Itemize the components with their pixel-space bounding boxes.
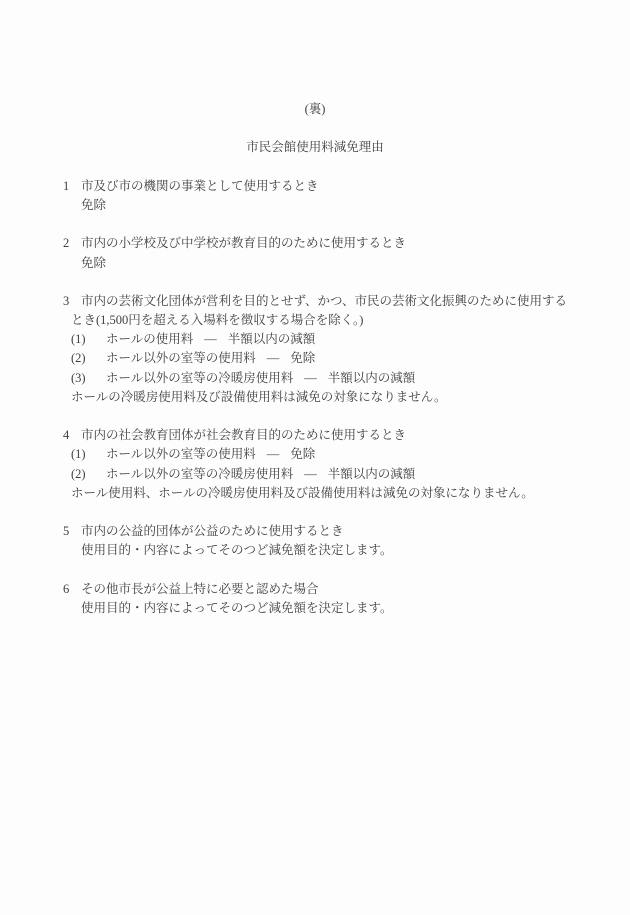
section-note: ホールの冷暖房使用料及び設備使用料は減免の対象になりません。 (0, 388, 630, 407)
section-number: 5 (63, 522, 81, 541)
subitem-label: ホール以外の室等の冷暖房使用料 (106, 467, 293, 481)
section-note: ホール使用料、ホールの冷暖房使用料及び設備使用料は減免の対象になりません。 (0, 484, 630, 503)
dash-separator: — (304, 467, 317, 481)
section-heading: 市内の芸術文化団体が営利を目的とせず、かつ、市民の芸術文化振興のために使用する (81, 294, 567, 308)
section-heading-row: 3市内の芸術文化団体が営利を目的とせず、かつ、市民の芸術文化振興のために使用する (0, 292, 630, 311)
subitem-label: ホール以外の室等の使用料 (106, 351, 256, 365)
subitem-row: (1)ホール以外の室等の使用料—免除 (0, 445, 630, 464)
section-3: 3市内の芸術文化団体が営利を目的とせず、かつ、市民の芸術文化振興のために使用する… (0, 292, 630, 407)
subitem-value: 免除 (290, 447, 315, 461)
subitem-number: (2) (71, 465, 106, 484)
section-result: 使用目的・内容によってそのつど減免額を決定します。 (0, 599, 630, 618)
page-side-label: (裏) (0, 100, 630, 119)
section-heading: 市内の社会教育団体が社会教育目的のために使用するとき (81, 428, 406, 442)
section-1: 1市及び市の機関の事業として使用するとき 免除 (0, 177, 630, 215)
subitem-number: (1) (71, 445, 106, 464)
section-result: 免除 (0, 254, 630, 273)
section-number: 3 (63, 292, 81, 311)
subitem-row: (2)ホール以外の室等の使用料—免除 (0, 349, 630, 368)
section-heading: 市内の公益的団体が公益のために使用するとき (81, 524, 344, 538)
section-heading: その他市長が公益上特に必要と認めた場合 (81, 582, 319, 596)
dash-separator: — (204, 332, 217, 346)
section-6: 6その他市長が公益上特に必要と認めた場合 使用目的・内容によってそのつど減免額を… (0, 580, 630, 618)
section-5: 5市内の公益的団体が公益のために使用するとき 使用目的・内容によってそのつど減免… (0, 522, 630, 560)
section-heading-row: 1市及び市の機関の事業として使用するとき (0, 177, 630, 196)
subitem-number: (3) (71, 369, 106, 388)
dash-separator: — (267, 447, 280, 461)
document-title: 市民会館使用料減免理由 (0, 138, 630, 157)
document-page: (裏) 市民会館使用料減免理由 1市及び市の機関の事業として使用するとき 免除 … (0, 0, 630, 915)
subitem-label: ホール以外の室等の冷暖房使用料 (106, 371, 293, 385)
subitem-row: (2)ホール以外の室等の冷暖房使用料—半額以内の減額 (0, 465, 630, 484)
subitem-value: 免除 (290, 351, 315, 365)
dash-separator: — (267, 351, 280, 365)
section-number: 2 (63, 234, 81, 253)
section-heading-row: 6その他市長が公益上特に必要と認めた場合 (0, 580, 630, 599)
section-result: 使用目的・内容によってそのつど減免額を決定します。 (0, 541, 630, 560)
subitem-value: 半額以内の減額 (328, 371, 416, 385)
section-heading-row: 5市内の公益的団体が公益のために使用するとき (0, 522, 630, 541)
section-heading-row: 2市内の小学校及び中学校が教育目的のために使用するとき (0, 234, 630, 253)
subitem-row: (3)ホール以外の室等の冷暖房使用料—半額以内の減額 (0, 369, 630, 388)
section-2: 2市内の小学校及び中学校が教育目的のために使用するとき 免除 (0, 234, 630, 272)
subitem-number: (2) (71, 349, 106, 368)
section-number: 6 (63, 580, 81, 599)
section-heading: 市内の小学校及び中学校が教育目的のために使用するとき (81, 236, 406, 250)
section-heading-continuation: とき(1,500円を超える入場料を徴収する場合を除く。) (0, 311, 630, 330)
section-heading: 市及び市の機関の事業として使用するとき (81, 179, 319, 193)
subitem-row: (1)ホールの使用料—半額以内の減額 (0, 330, 630, 349)
section-heading-row: 4市内の社会教育団体が社会教育目的のために使用するとき (0, 426, 630, 445)
section-result: 免除 (0, 196, 630, 215)
subitem-value: 半額以内の減額 (328, 467, 416, 481)
dash-separator: — (304, 371, 317, 385)
subitem-label: ホールの使用料 (106, 332, 193, 346)
section-4: 4市内の社会教育団体が社会教育目的のために使用するとき (1)ホール以外の室等の… (0, 426, 630, 503)
section-number: 1 (63, 177, 81, 196)
subitem-value: 半額以内の減額 (228, 332, 316, 346)
subitem-label: ホール以外の室等の使用料 (106, 447, 256, 461)
subitem-number: (1) (71, 330, 106, 349)
section-number: 4 (63, 426, 81, 445)
